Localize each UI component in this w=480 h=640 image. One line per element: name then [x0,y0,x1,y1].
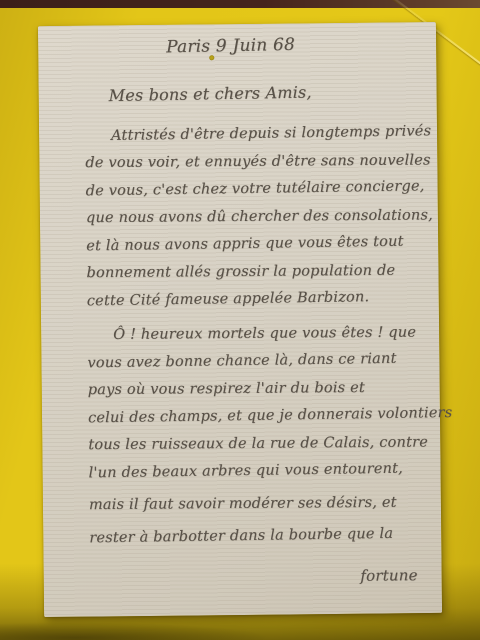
letter-line: rester à barbotter dans la bourbe que la [89,520,437,553]
letter-paper: Paris 9 Juin 68 Mes bons et chers Amis, … [38,22,442,617]
letter-dateline: Paris 9 Juin 68 [166,35,295,57]
letter-body: Attristés d'être depuis si longtemps pri… [85,119,437,552]
letter-line: cette Cité fameuse appelée Barbizon. [87,283,435,316]
letter-line: Attristés d'être depuis si longtemps pri… [85,118,433,151]
letter-line: vous avez bonne chance là, dans ce riant [87,345,435,378]
letter-line: pays où vous respirez l'air du bois et [88,374,436,404]
letter-line: de vous voir, et ennuyés d'être sans nou… [85,147,433,177]
letter-line: celui des champs, et que je donnerais vo… [88,400,436,433]
folder-shadow [0,622,270,640]
photo-scene: Paris 9 Juin 68 Mes bons et chers Amis, … [0,0,480,640]
letter-line: et là nous avons appris que vous êtes to… [86,228,434,261]
letter-line: que nous avons dû chercher des consolati… [86,202,434,232]
letter-greeting: Mes bons et chers Amis, [108,83,311,106]
letter-line: mais il faut savoir modérer ses désirs, … [89,489,437,519]
letter-line: bonnement allés grossir la population de [86,257,434,287]
letter-line: tous les ruisseaux de la rue de Calais, … [88,429,436,459]
letter-line: de vous, c'est chez votre tutélaire conc… [85,173,433,206]
letter-line: Ô ! heureux mortels que vous êtes ! que [87,319,435,349]
letter-catchword: fortune [360,566,418,585]
letter-line: l'un des beaux arbres qui vous entourent… [88,455,436,488]
